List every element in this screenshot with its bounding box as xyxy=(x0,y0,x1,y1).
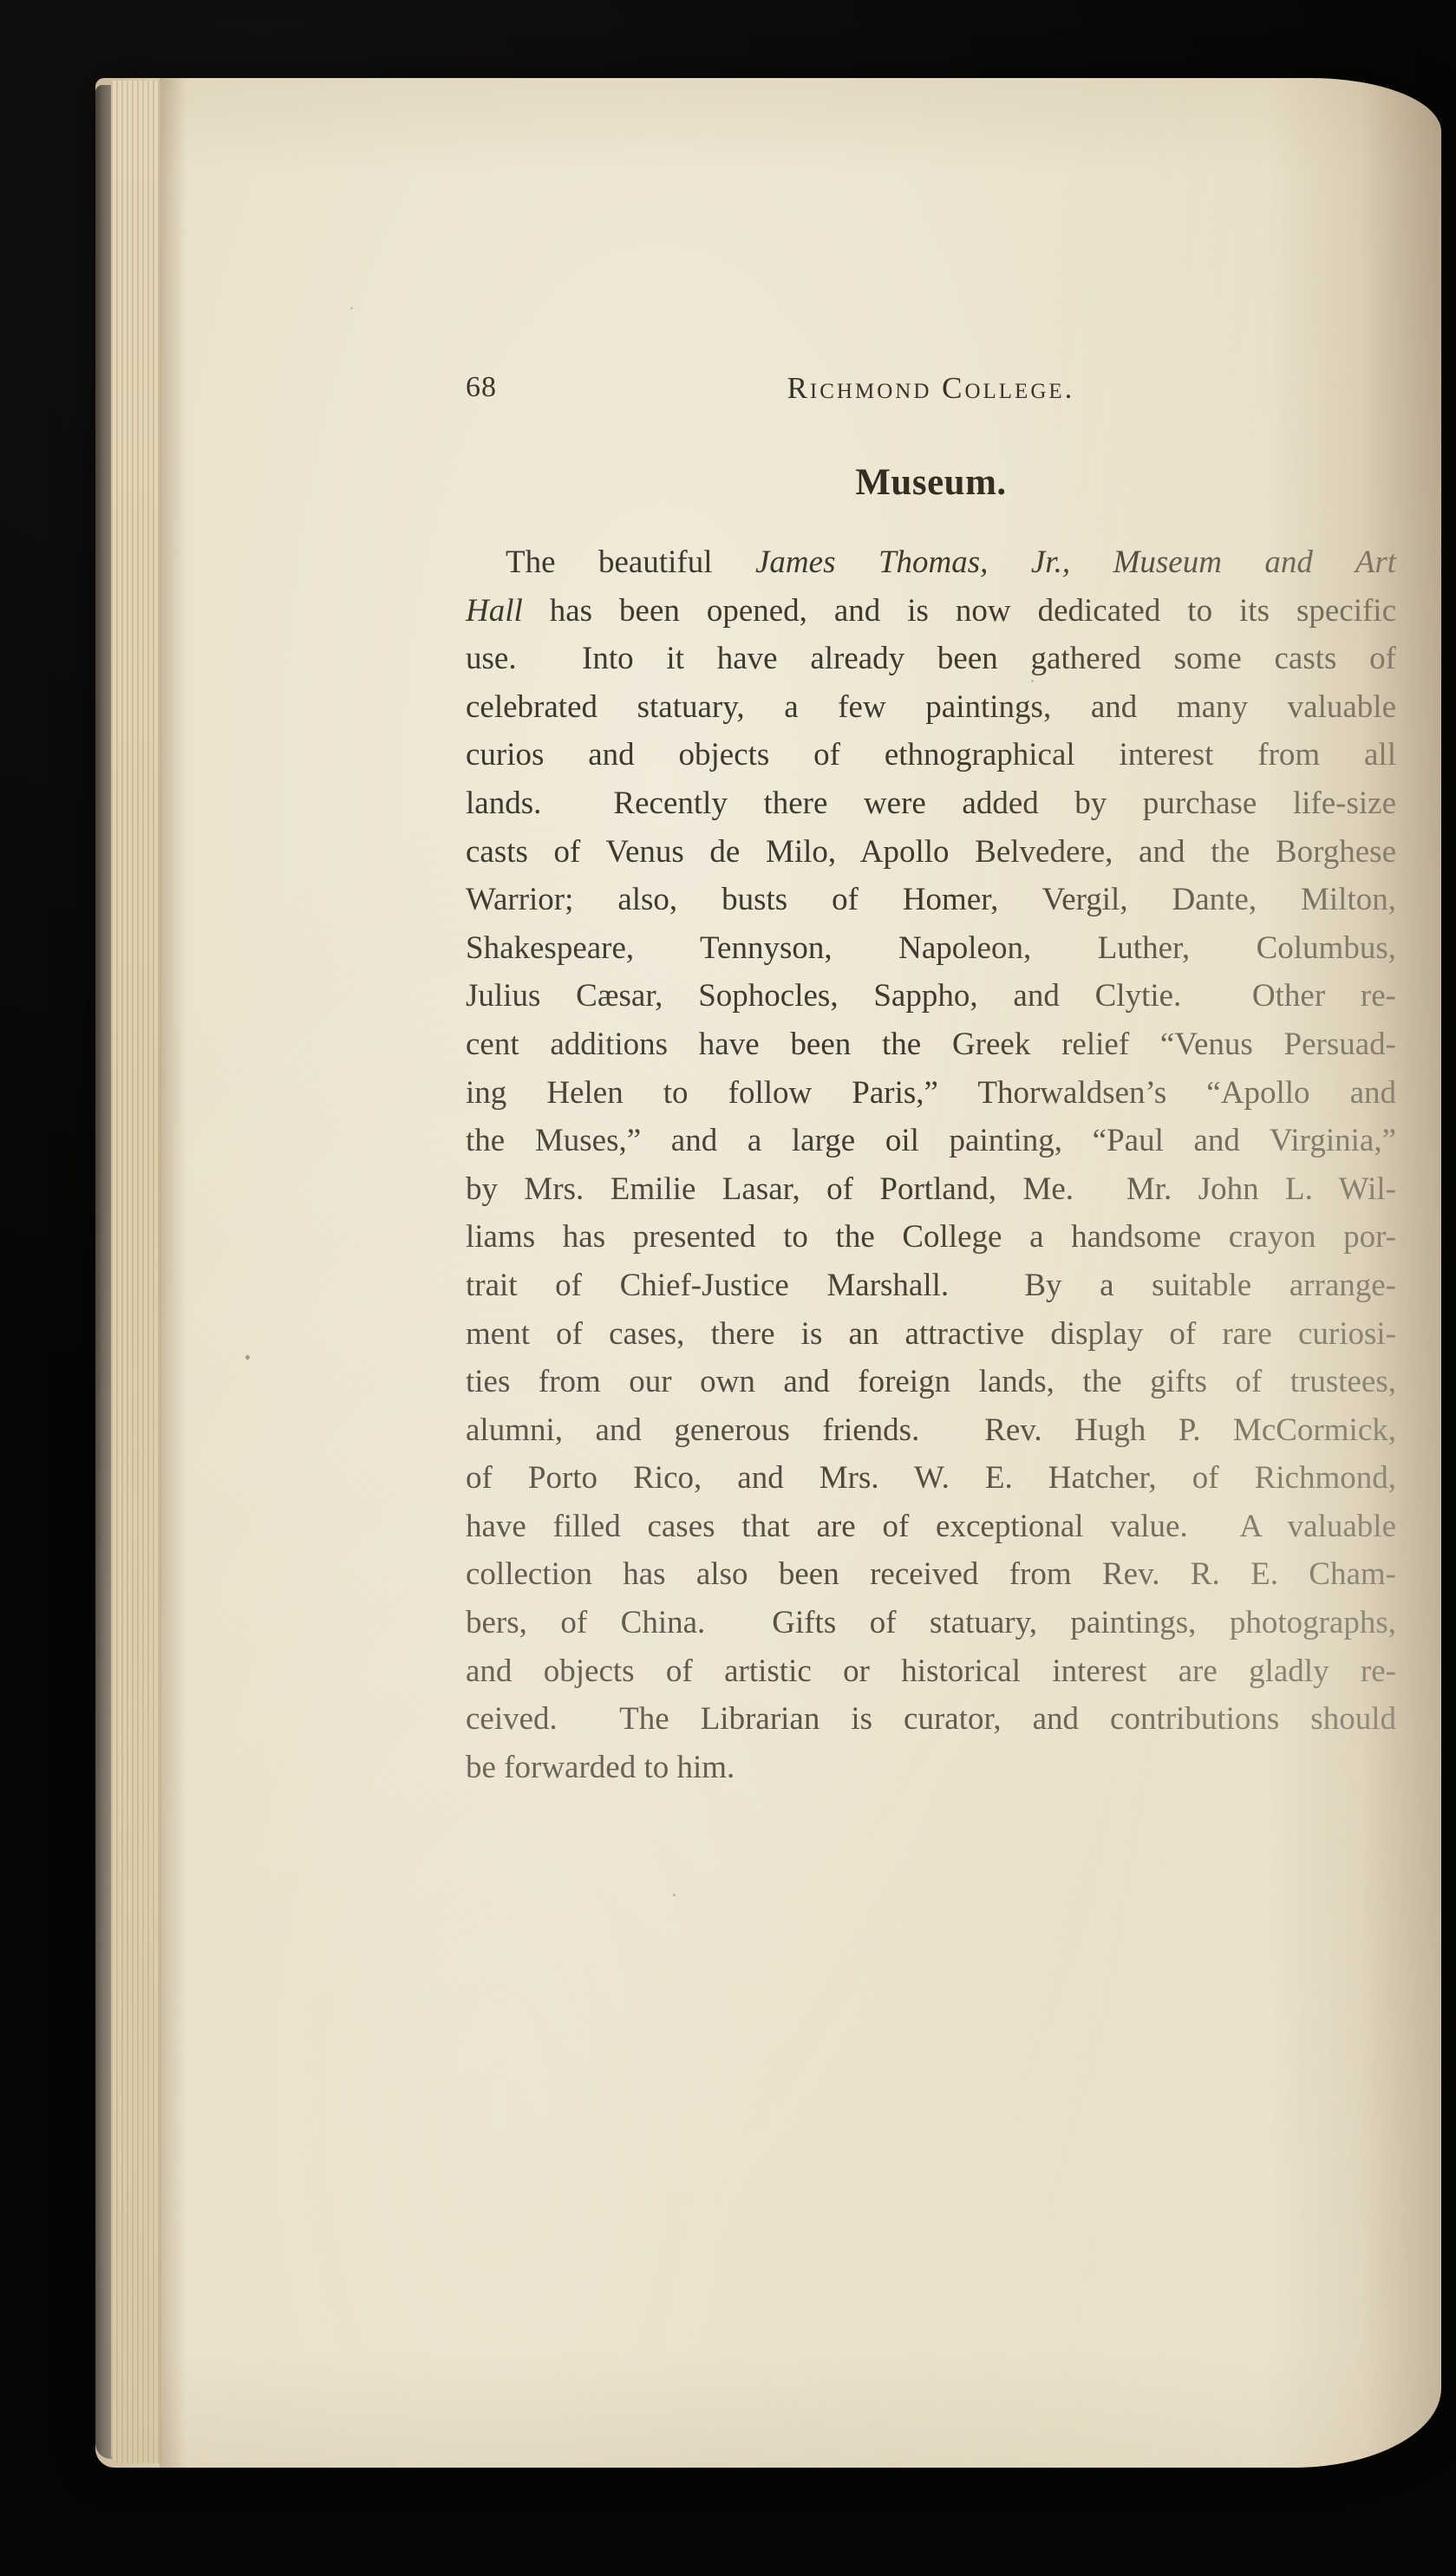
body-paragraph: The beautiful James Thomas, Jr., Museum … xyxy=(466,538,1396,1791)
running-head-title: Richmond College. xyxy=(466,371,1396,406)
page-block-rough-edge xyxy=(95,85,113,2459)
text-line: liams has presented to the College a han… xyxy=(466,1213,1396,1262)
line-text: collection has also been received from R… xyxy=(466,1556,1396,1592)
line-text: have filled cases that are of exceptiona… xyxy=(466,1509,1396,1544)
line-text: use. Into it have already been gathered … xyxy=(466,641,1396,676)
text-line: bers, of China. Gifts of statuary, paint… xyxy=(466,1599,1396,1647)
text-line: casts of Venus de Milo, Apollo Belvedere… xyxy=(466,828,1396,877)
line-text: celebrated statuary, a few paintings, an… xyxy=(466,689,1396,725)
text-line: alumni, and generous friends. Rev. Hugh … xyxy=(466,1406,1396,1455)
line-text: bers, of China. Gifts of statuary, paint… xyxy=(466,1605,1396,1640)
text-line: Warrior; also, busts of Homer, Vergil, D… xyxy=(466,876,1396,924)
line-text: and objects of artistic or historical in… xyxy=(466,1653,1396,1689)
line-text: ment of cases, there is an attractive di… xyxy=(466,1316,1396,1352)
line-text: Warrior; also, busts of Homer, Vergil, D… xyxy=(466,882,1396,917)
running-header: 68 Richmond College. xyxy=(466,371,1396,413)
text-line: Shakespeare, Tennyson, Napoleon, Luther,… xyxy=(466,924,1396,973)
line-text: by Mrs. Emilie Lasar, of Portland, Me. M… xyxy=(466,1171,1396,1207)
line-text: alumni, and generous friends. Rev. Hugh … xyxy=(466,1412,1396,1448)
text-line: ceived. The Librarian is curator, and co… xyxy=(466,1695,1396,1744)
section-heading: Museum. xyxy=(466,461,1396,504)
line-text: ties from our own and foreign lands, the… xyxy=(466,1364,1396,1399)
text-line: and objects of artistic or historical in… xyxy=(466,1647,1396,1696)
text-line: ment of cases, there is an attractive di… xyxy=(466,1310,1396,1359)
text-line: collection has also been received from R… xyxy=(466,1550,1396,1599)
text-line: Hall has been opened, and is now dedicat… xyxy=(466,587,1396,636)
line-text: the Muses,” and a large oil painting, “P… xyxy=(466,1123,1396,1158)
line-text-italic: Hall xyxy=(466,593,523,629)
line-text: trait of Chief-Justice Marshall. By a su… xyxy=(466,1268,1396,1303)
line-text: ceived. The Librarian is curator, and co… xyxy=(466,1701,1396,1737)
line-text: Julius Cæsar, Sophocles, Sappho, and Cly… xyxy=(466,978,1396,1014)
line-text: cent additions have been the Greek relie… xyxy=(466,1027,1396,1062)
book-page: 68 Richmond College. Museum. The beautif… xyxy=(95,78,1441,2468)
text-line: of Porto Rico, and Mrs. W. E. Hatcher, o… xyxy=(466,1454,1396,1503)
text-line: use. Into it have already been gathered … xyxy=(466,635,1396,683)
text-line: the Muses,” and a large oil painting, “P… xyxy=(466,1117,1396,1165)
line-text: ing Helen to follow Paris,” Thorwaldsen’… xyxy=(466,1075,1396,1111)
text-line: lands. Recently there were added by purc… xyxy=(466,779,1396,828)
text-line: The beautiful James Thomas, Jr., Museum … xyxy=(466,538,1396,587)
text-line: have filled cases that are of exceptiona… xyxy=(466,1503,1396,1551)
line-text: of Porto Rico, and Mrs. W. E. Hatcher, o… xyxy=(466,1460,1396,1496)
line-text: liams has presented to the College a han… xyxy=(466,1219,1396,1255)
stacked-page-edges xyxy=(111,81,161,2463)
text-line: Julius Cæsar, Sophocles, Sappho, and Cly… xyxy=(466,972,1396,1021)
line-text: curios and objects of ethnographical int… xyxy=(466,737,1396,773)
text-line: by Mrs. Emilie Lasar, of Portland, Me. M… xyxy=(466,1165,1396,1214)
line-text: has been opened, and is now dedicated to… xyxy=(523,593,1396,629)
text-line: ing Helen to follow Paris,” Thorwaldsen’… xyxy=(466,1069,1396,1118)
page-crease-shadow xyxy=(160,78,186,2468)
text-line: ties from our own and foreign lands, the… xyxy=(466,1358,1396,1406)
paper-specks xyxy=(245,1355,250,1360)
line-text: The beautiful xyxy=(506,545,755,580)
text-line: curios and objects of ethnographical int… xyxy=(466,731,1396,779)
line-text-italic: James Thomas, Jr., Museum and Art xyxy=(755,545,1396,580)
book-photograph: 68 Richmond College. Museum. The beautif… xyxy=(0,0,1456,2576)
line-text: casts of Venus de Milo, Apollo Belvedere… xyxy=(466,834,1396,870)
line-text: be forwarded to him. xyxy=(466,1750,735,1785)
text-line: celebrated statuary, a few paintings, an… xyxy=(466,683,1396,732)
line-text: Shakespeare, Tennyson, Napoleon, Luther,… xyxy=(466,930,1396,966)
text-line: be forwarded to him. xyxy=(466,1744,1396,1792)
line-text: lands. Recently there were added by purc… xyxy=(466,786,1396,821)
text-line: cent additions have been the Greek relie… xyxy=(466,1021,1396,1069)
text-line: trait of Chief-Justice Marshall. By a su… xyxy=(466,1262,1396,1310)
